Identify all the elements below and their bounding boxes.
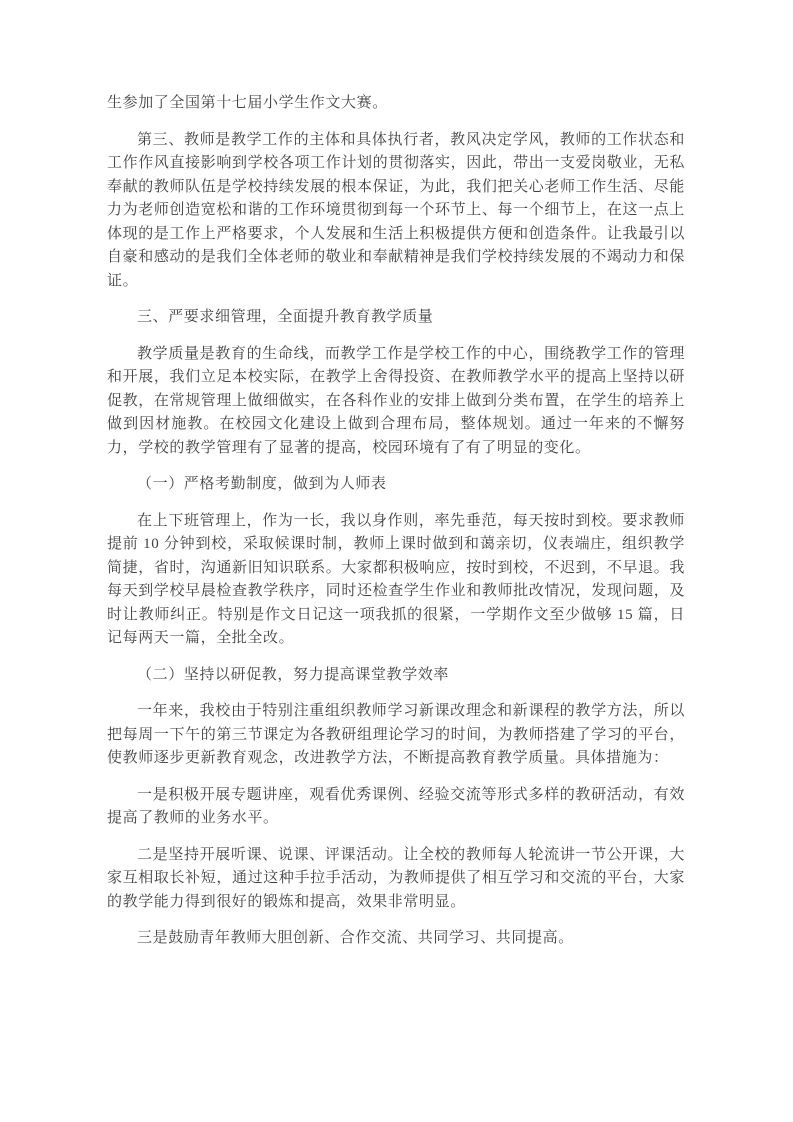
paragraph-continuation: 生参加了全国第十七届小学生作文大赛。 [107, 92, 685, 116]
paragraph-measure-2: 二是坚持开展听课、说课、评课活动。让全校的教师每人轮流讲一节公开课，大家互相取长… [107, 844, 685, 915]
section-heading-3: 三、严要求细管理，全面提升教育教学质量 [107, 306, 685, 330]
paragraph-teaching-quality: 教学质量是教育的生命线，而教学工作是学校工作的中心，围绕教学工作的管理和开展，我… [107, 343, 685, 461]
paragraph-measure-1: 一是积极开展专题讲座，观看优秀课例、经验交流等形式多样的教研活动，有效提高了教师… [107, 784, 685, 831]
subsection-heading-2: （二）坚持以研促教，努力提高课堂教学效率 [107, 664, 685, 688]
paragraph-research-teaching: 一年来，我校由于特别注重组织教师学习新课改理念和新课程的教学方法，所以把每周一下… [107, 700, 685, 771]
paragraph-measure-3: 三是鼓励青年教师大胆创新、合作交流、共同学习、共同提高。 [107, 927, 685, 951]
paragraph-teachers-role: 第三、教师是教学工作的主体和具体执行者，教风决定学风，教师的工作状态和工作作风直… [107, 129, 685, 294]
document-page: 生参加了全国第十七届小学生作文大赛。 第三、教师是教学工作的主体和具体执行者，教… [0, 0, 793, 1122]
subsection-heading-1: （一）严格考勤制度，做到为人师表 [107, 473, 685, 497]
paragraph-attendance: 在上下班管理上，作为一长，我以身作则，率先垂范，每天按时到校。要求教师提前 10… [107, 510, 685, 651]
